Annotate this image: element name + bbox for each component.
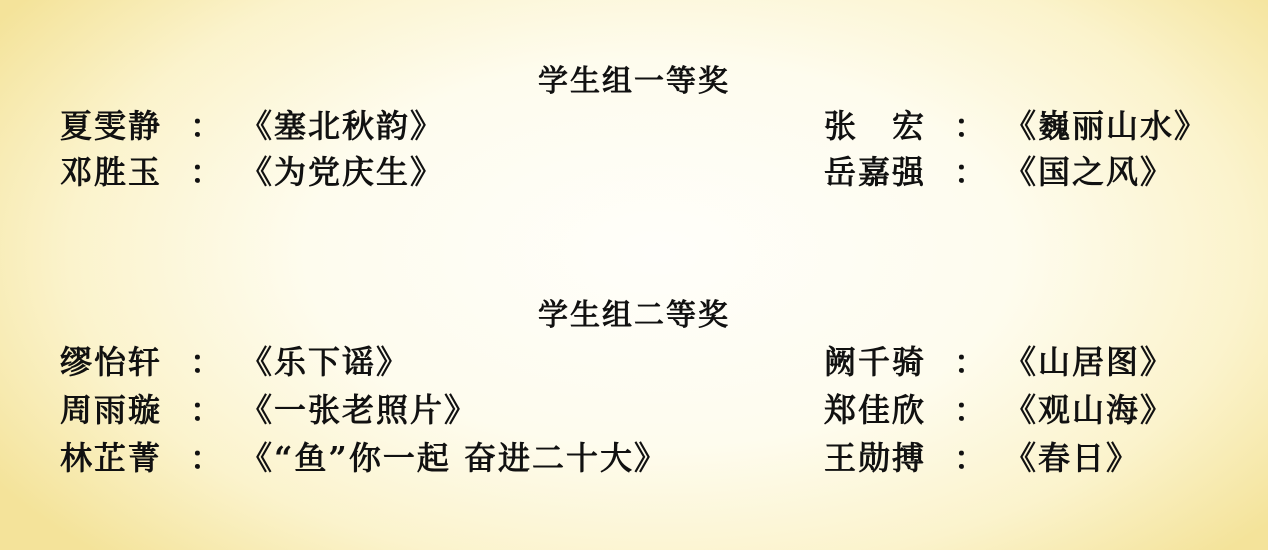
colon: ： [190,337,240,383]
work-title: 《山居图》 [1004,337,1174,383]
colon: ： [190,147,240,193]
award-entry: 邓胜玉 ： 《为党庆生》 [60,148,444,192]
winner-name: 夏雯静 [60,101,190,147]
colon: ： [954,101,1004,147]
winner-name: 周雨璇 [60,385,190,431]
section-title-first-prize: 学生组一等奖 [0,56,1268,100]
award-entry: 张 宏 ： 《巍丽山水》 [824,102,1208,146]
award-entry: 岳嘉强 ： 《国之风》 [824,148,1174,192]
award-entry: 郑佳欣 ： 《观山海》 [824,386,1174,430]
colon: ： [190,433,240,479]
work-title: 《春日》 [1004,433,1140,479]
winner-name: 张 宏 [824,101,954,147]
winner-name: 林芷菁 [60,433,190,479]
award-entry: 周雨璇 ： 《一张老照片》 [60,386,478,430]
award-entry: 林芷菁 ： 《“鱼”你一起 奋进二十大》 [60,434,668,478]
winner-name: 阙千骑 [824,337,954,383]
work-title: 《“鱼”你一起 奋进二十大》 [240,433,668,479]
colon: ： [954,433,1004,479]
winner-name: 王勋搏 [824,433,954,479]
colon: ： [954,385,1004,431]
winner-name: 邓胜玉 [60,147,190,193]
award-entry: 夏雯静 ： 《塞北秋韵》 [60,102,444,146]
work-title: 《观山海》 [1004,385,1174,431]
work-title: 《国之风》 [1004,147,1174,193]
work-title: 《为党庆生》 [240,147,444,193]
work-title: 《一张老照片》 [240,385,478,431]
section-title-second-prize: 学生组二等奖 [0,290,1268,334]
award-entry: 缪怡轩 ： 《乐下谣》 [60,338,410,382]
colon: ： [190,385,240,431]
award-entry: 阙千骑 ： 《山居图》 [824,338,1174,382]
colon: ： [954,147,1004,193]
work-title: 《巍丽山水》 [1004,101,1208,147]
winner-name: 岳嘉强 [824,147,954,193]
colon: ： [954,337,1004,383]
award-entry: 王勋搏 ： 《春日》 [824,434,1140,478]
winner-name: 缪怡轩 [60,337,190,383]
work-title: 《塞北秋韵》 [240,101,444,147]
colon: ： [190,101,240,147]
winner-name: 郑佳欣 [824,385,954,431]
work-title: 《乐下谣》 [240,337,410,383]
